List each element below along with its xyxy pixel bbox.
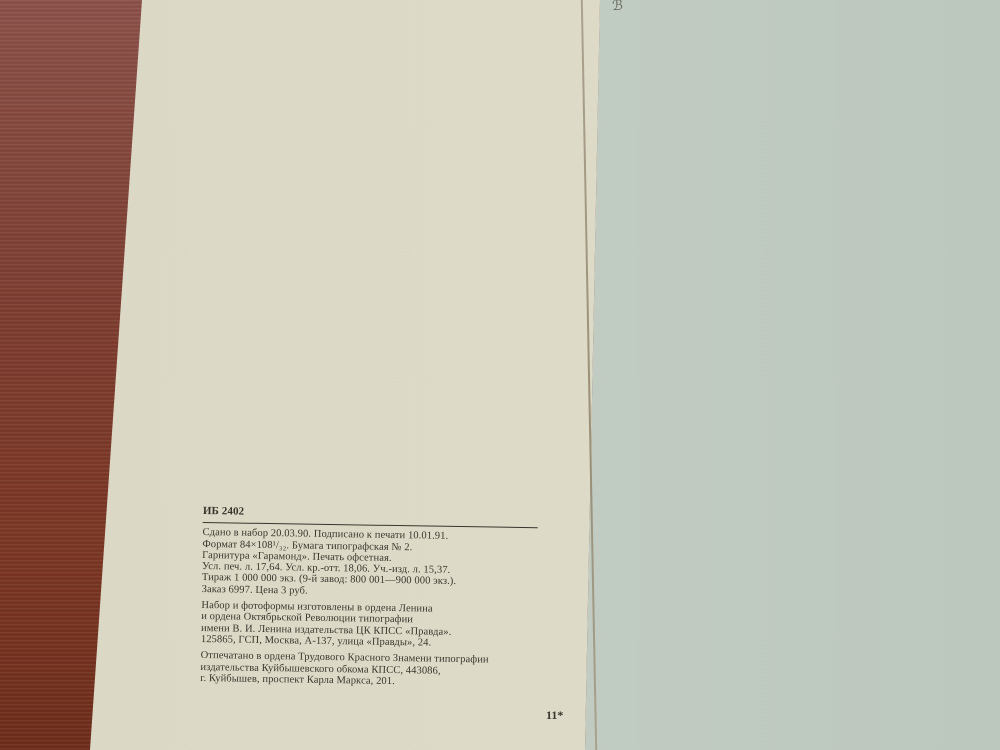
colophon-block-typesetting: Набор и фотоформы изготовлены в ордена Л… xyxy=(201,600,547,651)
colophon: ИБ 2402 Сдано в набор 20.03.90. Подписан… xyxy=(200,506,548,695)
pen-mark: ℬ xyxy=(612,0,634,18)
signature-mark: 11* xyxy=(546,708,563,723)
colophon-block-print-details: Сдано в набор 20.03.90. Подписано к печа… xyxy=(202,527,548,600)
colophon-block-printed-at: Отпечатано в ордена Трудового Красного З… xyxy=(200,650,545,689)
